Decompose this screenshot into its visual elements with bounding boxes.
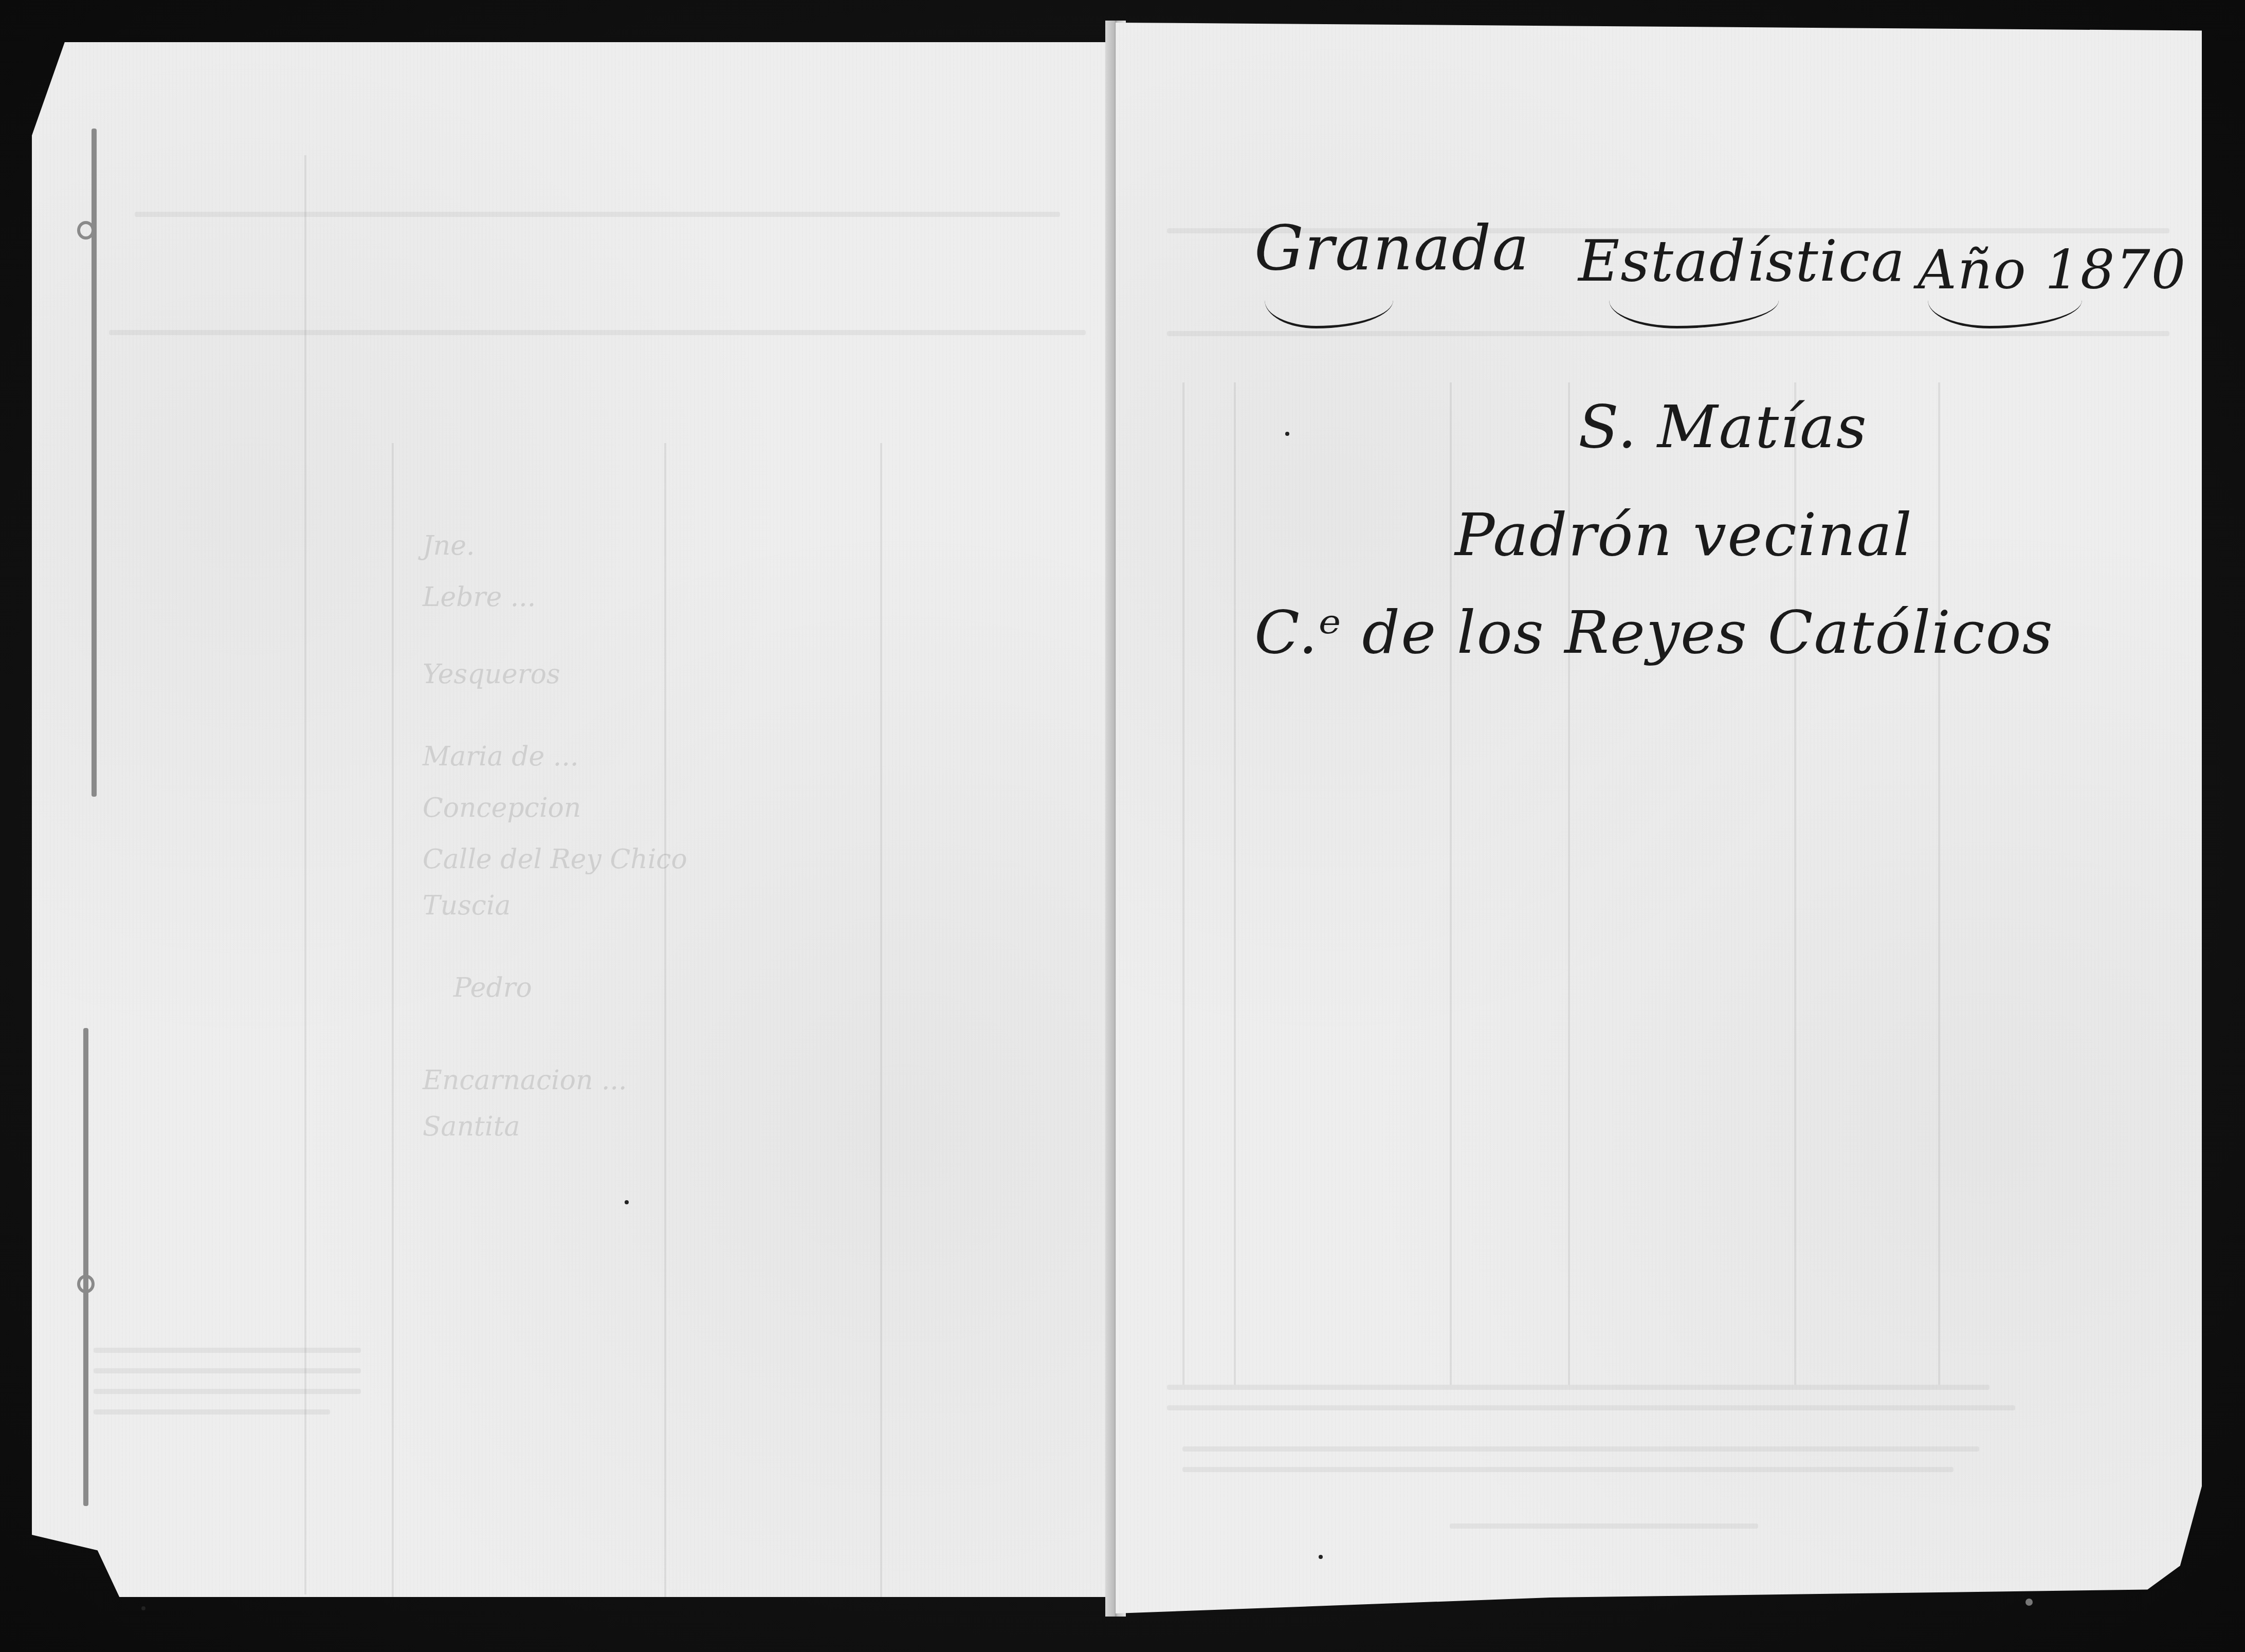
bleed-text: Encarnacion ...	[423, 1065, 627, 1096]
bleed-text: Yesqueros	[423, 659, 560, 690]
city-heading: Granada	[1254, 213, 1530, 284]
year-heading: Año 1870	[1918, 238, 2186, 301]
dust-speck	[1285, 432, 1289, 436]
document-title: Padrón vecinal	[1455, 501, 1913, 570]
bleed-text: Calle del Rey Chico	[423, 844, 687, 875]
bleed-text: Lebre ...	[423, 582, 536, 613]
bleed-footnote	[94, 1389, 361, 1394]
bleed-signature	[1450, 1523, 1758, 1529]
bleed-column-line	[304, 155, 306, 1594]
bleed-footnote	[94, 1348, 361, 1353]
dust-speck	[141, 1606, 145, 1610]
bleed-column-line	[1182, 382, 1184, 1385]
bleed-text: Maria de ...	[423, 741, 578, 772]
bleed-text: Pedro	[453, 972, 532, 1003]
bleed-column-line	[664, 443, 666, 1625]
dust-speck	[625, 1200, 629, 1204]
bleed-text: Concepcion	[423, 793, 581, 823]
bleed-column-line	[1938, 382, 1940, 1385]
underline-flourish	[1928, 300, 2082, 328]
binding-knot	[77, 1275, 95, 1293]
binding-thread	[83, 1028, 88, 1506]
binding-knot	[77, 221, 95, 240]
bleed-column-line	[1450, 382, 1452, 1385]
right-page: Granada Estadística Año 1870 S. Matías P…	[1116, 23, 2202, 1613]
bleed-header-row	[1167, 331, 2169, 336]
bleed-header-row	[109, 330, 1086, 335]
bleed-text: Tuscia	[423, 890, 511, 921]
bleed-footnote	[1167, 1385, 1990, 1390]
parish-name: S. Matías	[1578, 393, 1868, 462]
category-heading: Estadística	[1578, 228, 1906, 294]
bleed-footnote	[94, 1409, 330, 1415]
bleed-footnote	[94, 1368, 361, 1373]
scan-background: Jne. Lebre ... Yesqueros Maria de ... Co…	[0, 0, 2245, 1652]
left-page: Jne. Lebre ... Yesqueros Maria de ... Co…	[32, 42, 1126, 1597]
bleed-footnote	[1182, 1467, 1954, 1472]
bleed-text: Jne.	[423, 530, 475, 561]
dust-speck	[2025, 1599, 2033, 1606]
bleed-footnote	[1182, 1446, 1979, 1452]
bleed-column-line	[1234, 382, 1236, 1385]
underline-flourish	[1265, 300, 1393, 328]
bleed-header-row	[135, 212, 1060, 217]
bleed-footnote	[1167, 1405, 2015, 1410]
bleed-column-line	[880, 443, 882, 1625]
dust-speck	[1319, 1555, 1323, 1559]
bleed-text: Santita	[423, 1111, 520, 1142]
street-name: C.ᵉ de los Reyes Católicos	[1254, 598, 2054, 667]
underline-flourish	[1609, 300, 1779, 328]
bleed-column-line	[392, 443, 394, 1625]
